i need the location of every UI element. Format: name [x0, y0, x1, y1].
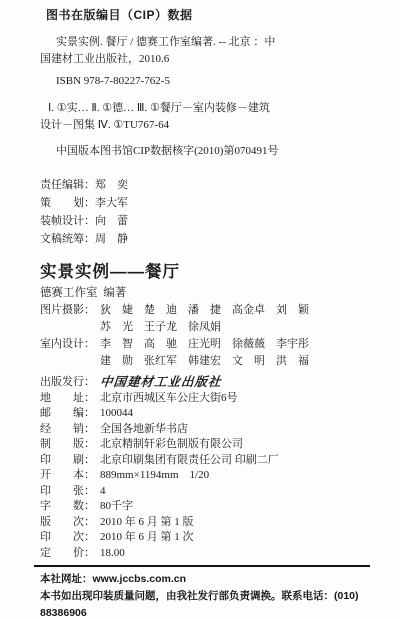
book-title: 实景实例——餐厅 — [40, 260, 368, 284]
publisher-logotype: 中国建材工业出版社 — [99, 375, 369, 391]
cip-classification-line-2: 设计－图集 Ⅳ. ①TU767-64 — [40, 117, 368, 134]
colophon-row-edition: 版 次： 2010 年 6 月 第 1 版 — [40, 515, 368, 531]
website-line: 本社网址：www.jccbs.com.cn — [40, 571, 368, 588]
colophon-label: 定 价： — [40, 546, 100, 562]
photo-credit-names-line-2: 苏 光 王子龙 徐凤娟 — [100, 321, 221, 333]
colophon-value: 2010 年 6 月 第 1 版 — [100, 515, 368, 531]
colophon-label: 版 次： — [40, 515, 100, 531]
staff-row-editor: 责任编辑： 郑 奕 — [40, 176, 368, 194]
author-line: 德赛工作室 编著 — [40, 284, 368, 302]
colophon-label: 印 刷： — [40, 453, 100, 469]
colophon-row-address: 地 址： 北京市西城区车公庄大街6号 — [40, 391, 368, 407]
interior-design-label: 室内设计： — [40, 336, 100, 370]
colophon-value: 北京精制轩彩色制版有限公司 — [100, 437, 368, 453]
colophon-row-distribution: 经 销： 全国各地新华书店 — [40, 422, 368, 438]
cip-description-line-1: 实景实例. 餐厅 / 德赛工作室编著. -- 北京 ：中 — [40, 34, 368, 51]
colophon-row-postcode: 邮 编： 100044 — [40, 406, 368, 422]
colophon-value: 2010 年 6 月 第 1 次 — [100, 530, 368, 546]
colophon-label: 印 张： — [40, 484, 100, 500]
colophon-value: 889mm×1194mm 1/20 — [100, 468, 368, 484]
photo-credit-row: 图片摄影： 狄 婕 楚 迪 潘 捷 高金卓 刘 颖苏 光 王子龙 徐凤娟 — [40, 302, 368, 336]
isbn-line: ISBN 978-7-80227-762-5 — [40, 73, 368, 90]
colophon-value: 18.00 — [100, 546, 368, 562]
staff-row-designer: 装帧设计： 向 蕾 — [40, 212, 368, 230]
cip-classification: Ⅰ. ①实… Ⅱ. ①德… Ⅲ. ①餐厅－室内装修－建筑 设计－图集 Ⅳ. ①T… — [40, 100, 368, 134]
colophon-value: 北京印刷集团有限责任公司 印刷二厂 — [100, 453, 368, 469]
colophon-label: 邮 编： — [40, 406, 100, 422]
colophon-label: 地 址： — [40, 391, 100, 407]
interior-design-names: 李 智 高 驰 庄光明 徐薇薇 李宇彤建 勋 张红军 韩建宏 文 明 洪 福 — [100, 336, 368, 370]
colophon-value: 4 — [100, 484, 368, 500]
staff-value: 李大军 — [95, 194, 128, 212]
footer-divider — [34, 565, 370, 567]
interior-design-names-line-1: 李 智 高 驰 庄光明 徐薇薇 李宇彤 — [100, 338, 309, 350]
staff-label: 装帧设计： — [40, 212, 95, 230]
cip-heading: 图书在版编目（CIP）数据 — [46, 6, 368, 24]
colophon-value: 80千字 — [100, 499, 368, 515]
cip-classification-line-1: Ⅰ. ①实… Ⅱ. ①德… Ⅲ. ①餐厅－室内装修－建筑 — [40, 100, 368, 117]
colophon-row-format: 开 本： 889mm×1194mm 1/20 — [40, 468, 368, 484]
staff-value: 向 蕾 — [95, 212, 128, 230]
colophon-label: 制 版： — [40, 437, 100, 453]
quality-notice-line: 本书如出现印装质量问题，由我社发行部负责调换。联系电话：(010) 883869… — [40, 588, 368, 619]
colophon-row-sheets: 印 张： 4 — [40, 484, 368, 500]
colophon-row-price: 定 价： 18.00 — [40, 546, 368, 562]
colophon-block: 出版发行： 中国建材工业出版社 地 址： 北京市西城区车公庄大街6号 邮 编： … — [40, 375, 368, 561]
colophon-label: 开 本： — [40, 468, 100, 484]
colophon-label: 字 数： — [40, 499, 100, 515]
staff-credits: 责任编辑： 郑 奕 策 划： 李大军 装帧设计： 向 蕾 文稿统筹： 周 静 — [40, 176, 368, 248]
colophon-row-printing: 印 刷： 北京印刷集团有限责任公司 印刷二厂 — [40, 453, 368, 469]
staff-label: 策 划： — [40, 194, 95, 212]
colophon-row-wordcount: 字 数： 80千字 — [40, 499, 368, 515]
interior-design-credit-row: 室内设计： 李 智 高 驰 庄光明 徐薇薇 李宇彤建 勋 张红军 韩建宏 文 明… — [40, 336, 368, 370]
photo-credit-names-line-1: 狄 婕 楚 迪 潘 捷 高金卓 刘 颖 — [100, 304, 309, 316]
cip-record-number: 中国版本图书馆CIP数据核字(2010)第070491号 — [40, 143, 368, 160]
staff-row-coordinator: 文稿统筹： 周 静 — [40, 230, 368, 248]
photo-credit-label: 图片摄影： — [40, 302, 100, 336]
credits-block: 图片摄影： 狄 婕 楚 迪 潘 捷 高金卓 刘 颖苏 光 王子龙 徐凤娟 室内设… — [40, 302, 368, 370]
staff-label: 文稿统筹： — [40, 230, 95, 248]
colophon-value: 全国各地新华书店 — [100, 422, 368, 438]
photo-credit-names: 狄 婕 楚 迪 潘 捷 高金卓 刘 颖苏 光 王子龙 徐凤娟 — [100, 302, 368, 336]
cip-description-line-2: 国建材工业出版社，2010.6 — [40, 51, 368, 68]
colophon-label: 经 销： — [40, 422, 100, 438]
staff-value: 周 静 — [95, 230, 128, 248]
staff-row-planner: 策 划： 李大军 — [40, 194, 368, 212]
colophon-label: 印 次： — [40, 530, 100, 546]
colophon-value: 北京市西城区车公庄大街6号 — [100, 391, 368, 407]
colophon-value: 100044 — [100, 406, 368, 422]
colophon-page: 图书在版编目（CIP）数据 实景实例. 餐厅 / 德赛工作室编著. -- 北京 … — [0, 0, 400, 619]
staff-value: 郑 奕 — [95, 176, 128, 194]
staff-label: 责任编辑： — [40, 176, 95, 194]
interior-design-names-line-2: 建 勋 张红军 韩建宏 文 明 洪 福 — [100, 355, 309, 367]
colophon-row-platemaking: 制 版： 北京精制轩彩色制版有限公司 — [40, 437, 368, 453]
colophon-row-publisher: 出版发行： 中国建材工业出版社 — [40, 375, 368, 391]
colophon-label: 出版发行： — [40, 375, 100, 391]
colophon-row-impression: 印 次： 2010 年 6 月 第 1 次 — [40, 530, 368, 546]
cip-description: 实景实例. 餐厅 / 德赛工作室编著. -- 北京 ：中 国建材工业出版社，20… — [40, 34, 368, 68]
